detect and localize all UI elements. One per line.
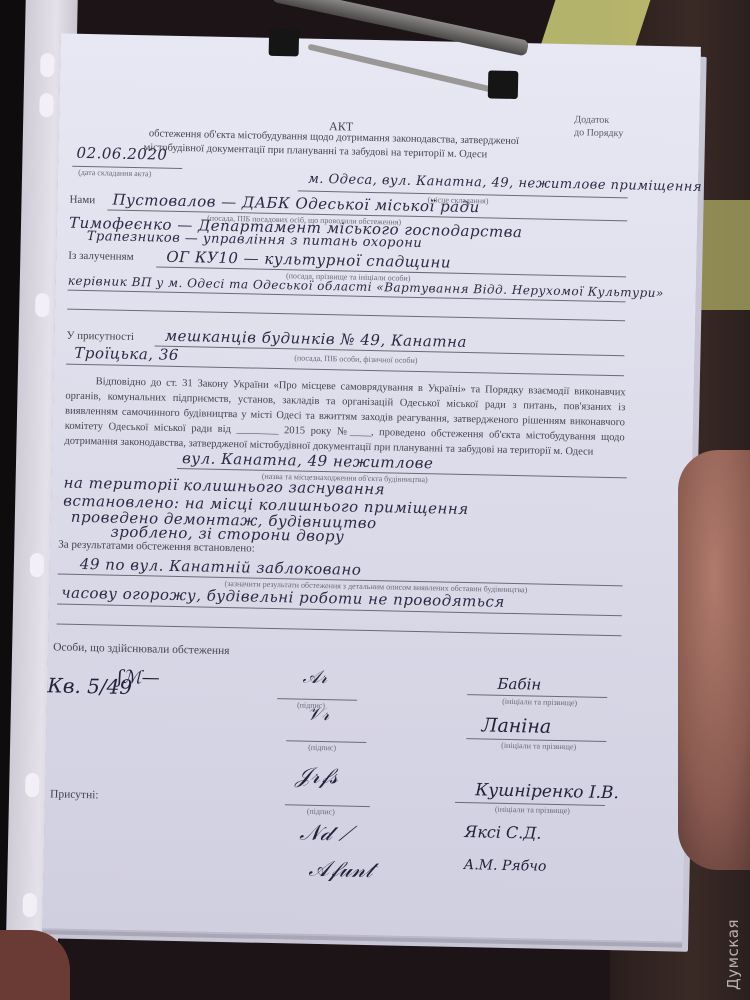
hand-right: [678, 450, 750, 870]
present-name-3: А.М. Рябчо: [464, 857, 547, 875]
act-date-caption: (дата складання акта): [78, 168, 151, 179]
signature-caption-3: (підпис): [307, 807, 335, 817]
clipboard-clip-foot: [488, 70, 519, 99]
blank-line: [67, 309, 625, 322]
name-caption-3: (ініціали та прізвище): [495, 805, 570, 816]
appendix-label-1: Додаток: [574, 114, 609, 126]
punch-hole: [35, 293, 49, 317]
in-presence-caption: (посада, ПІБ особи, фізичної особи): [294, 353, 417, 365]
appendix-label-2: до Порядку: [574, 127, 623, 139]
watermark-logo: Думская: [724, 919, 742, 990]
present-signature-1: 𝒥𝓇𝒻𝓈: [295, 764, 338, 790]
blank-line: [57, 623, 622, 636]
present-name-1: Кушніренко І.В.: [475, 780, 619, 803]
inspector-signature-2: 𝒱𝓇: [307, 704, 330, 725]
by-us-label: Нами: [69, 194, 95, 207]
inspectors-label: Особи, що здійснювали обстеження: [53, 641, 230, 657]
present-signature-2: 𝒩𝒹 ⟋: [299, 821, 354, 847]
in-presence-value-2: Троїцька, 36: [74, 344, 179, 364]
present-signature-3: 𝒜𝒻𝓊𝓃𝓉: [308, 857, 373, 883]
in-presence-label: У присутності: [67, 330, 135, 343]
punch-hole: [39, 93, 53, 117]
act-date-value: 02.06.2020: [76, 144, 167, 164]
inspector-name-2: Ланіна: [481, 714, 551, 737]
punch-hole: [25, 773, 39, 797]
inspector-name-1: Бабін: [497, 675, 541, 694]
by-us-value-1: Пустовалов — ДАБК Одеської міської ради: [112, 191, 480, 217]
name-caption-1: (ініціали та прізвище): [502, 697, 577, 708]
present-label: Присутні:: [50, 788, 99, 801]
clipboard-clip-foot: [269, 28, 300, 57]
punch-hole: [30, 553, 44, 577]
legal-basis-paragraph: Відповідно до ст. 31 Закону України «Про…: [64, 374, 625, 461]
punch-hole: [23, 893, 37, 917]
present-name-2: Яксі С.Д.: [464, 822, 541, 843]
punch-hole: [40, 53, 54, 77]
with-participation-label: Із залученням: [68, 250, 134, 263]
act-document: Додаток до Порядку АКТ обстеження об'єкт…: [42, 33, 701, 941]
signature-caption-2: (підпис): [308, 743, 336, 753]
inspector-signature-scribble: ʃℳ—: [117, 667, 160, 689]
inspector-signature-1: 𝒜𝓇: [302, 667, 327, 689]
name-caption-2: (ініціали та прізвище): [501, 741, 576, 752]
clipboard: Додаток до Порядку АКТ обстеження об'єкт…: [0, 0, 730, 977]
